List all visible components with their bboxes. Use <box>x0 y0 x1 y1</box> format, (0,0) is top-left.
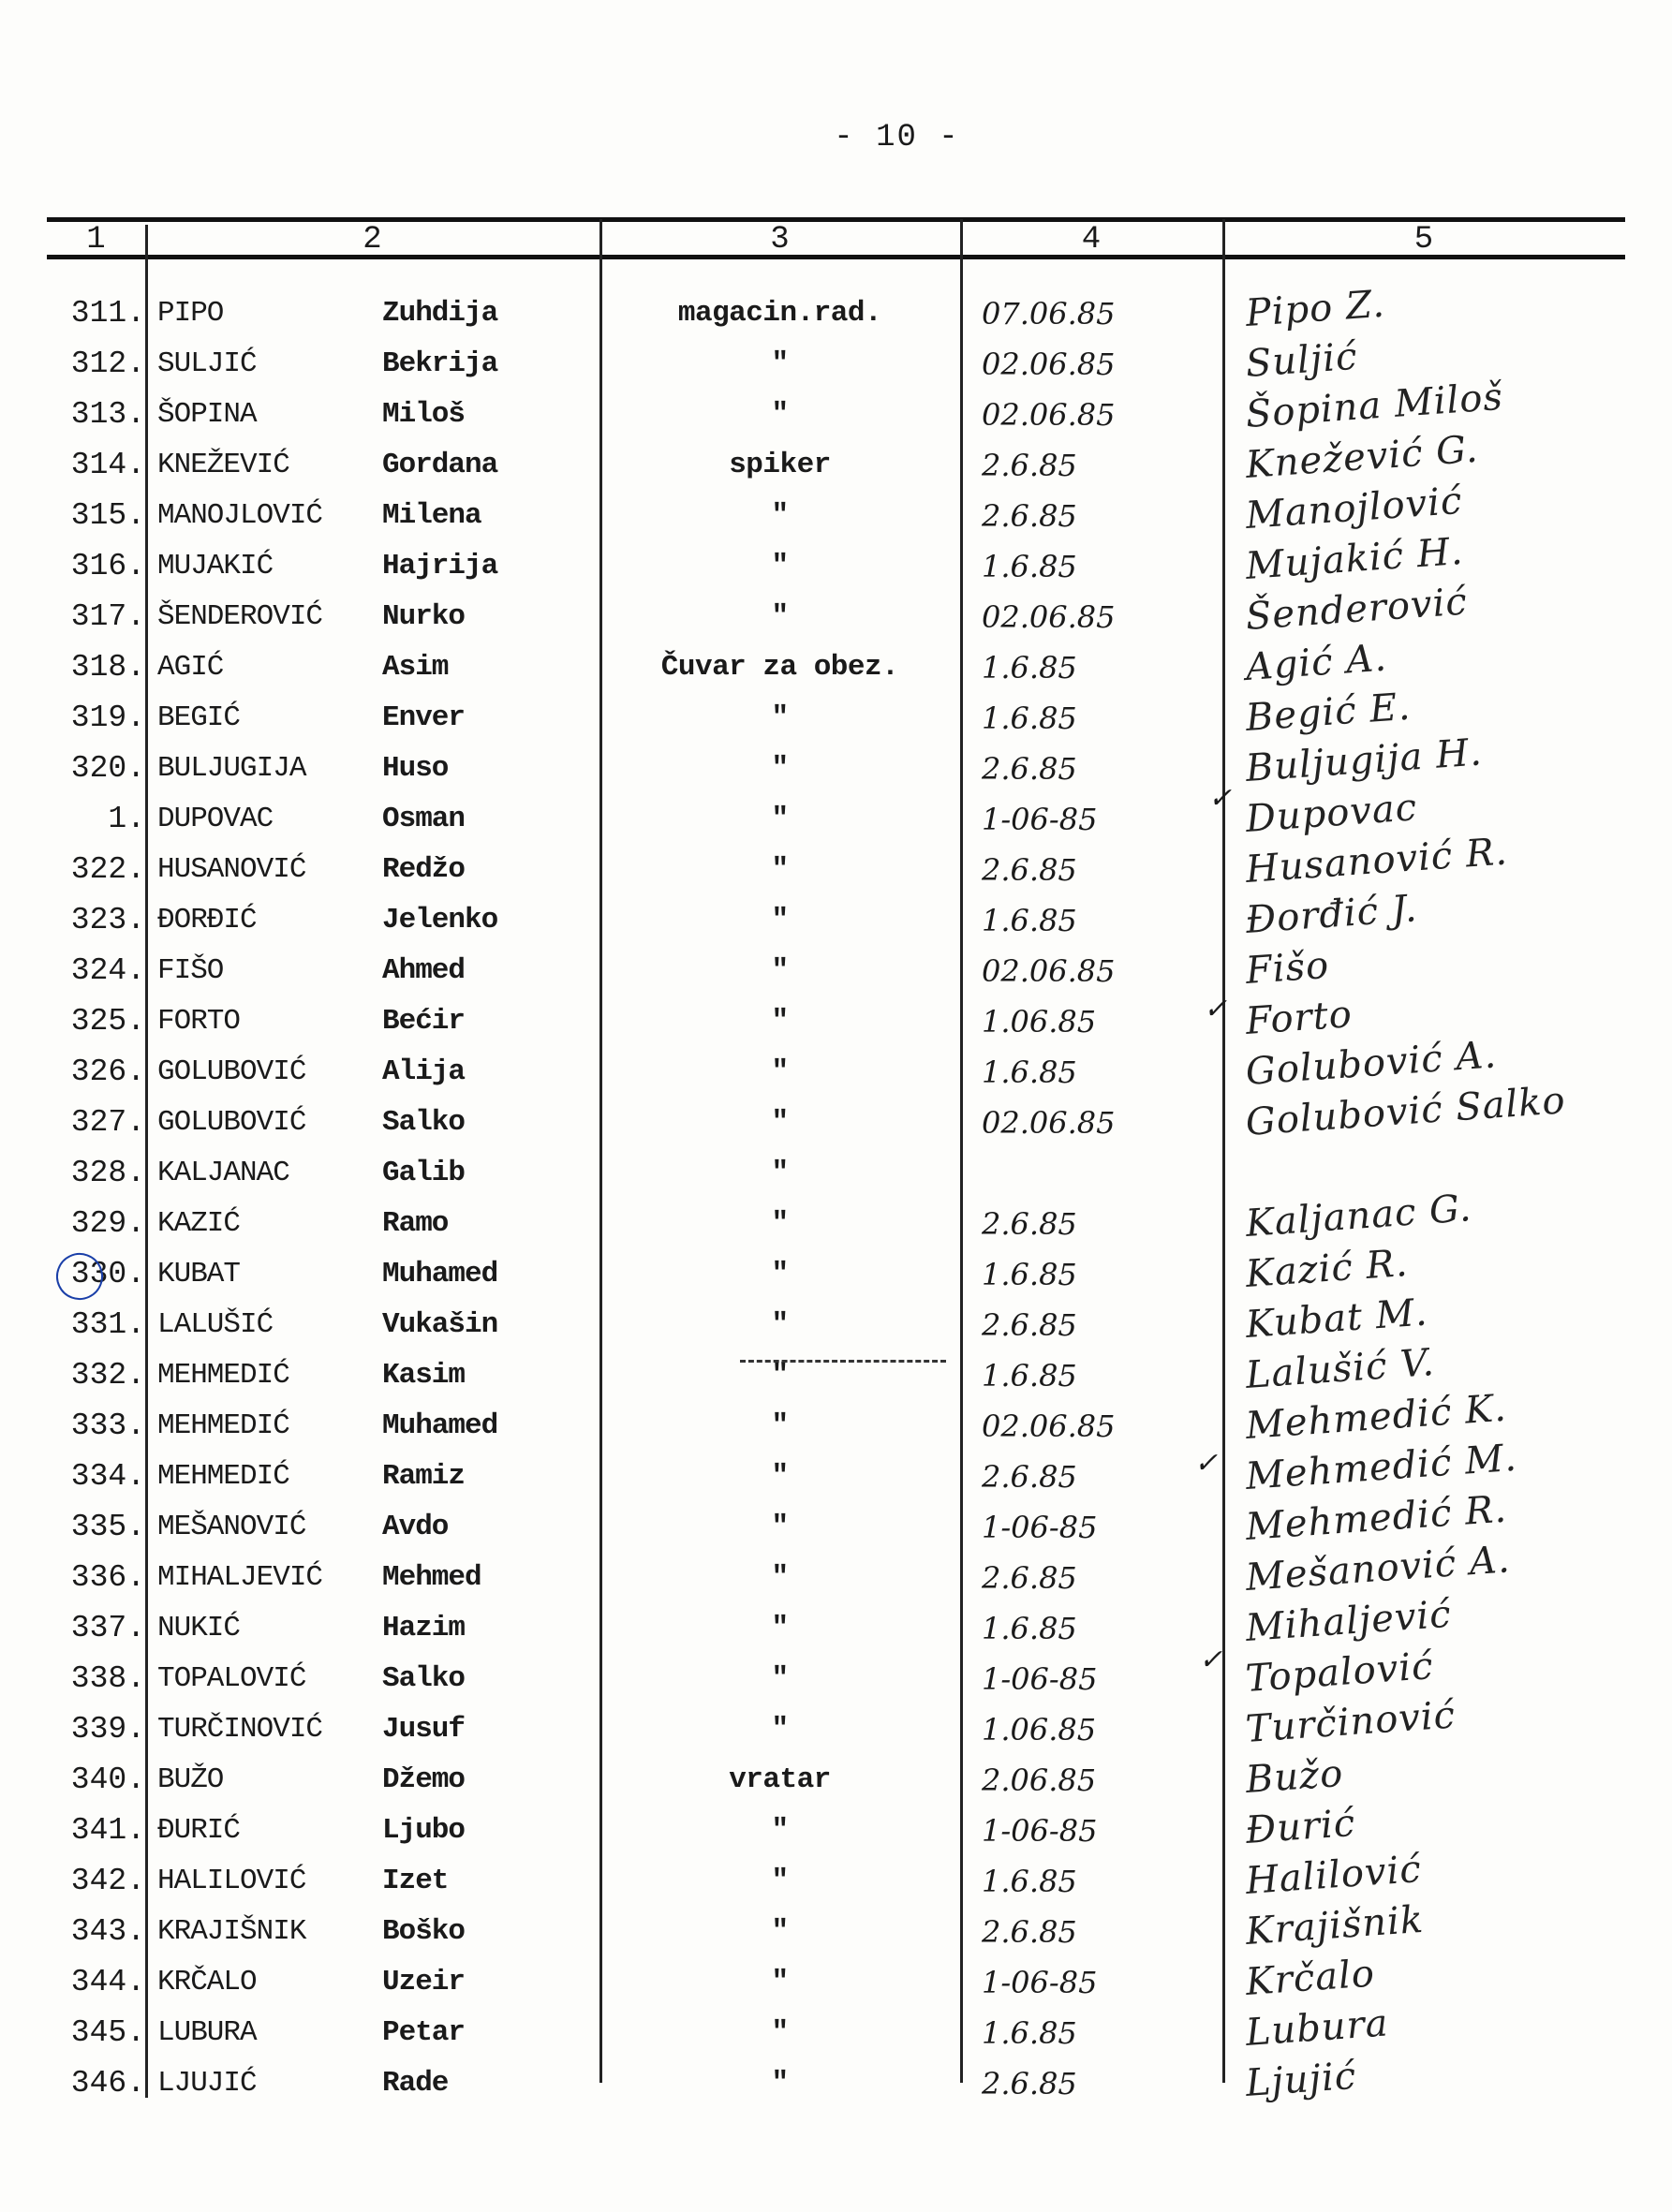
surname: BULJUGIJA <box>157 744 305 794</box>
signature-date: 1.6.85 <box>965 1350 1222 1401</box>
row-number: 342. <box>37 1856 145 1907</box>
given-name: Uzeir <box>382 1957 465 2008</box>
row-number: 339. <box>37 1704 145 1755</box>
signature-date: 07.06.85 <box>965 288 1222 339</box>
surname: MANOJLOVIĆ <box>157 491 322 541</box>
header-col-4: 4 <box>960 223 1222 257</box>
surname: GOLUBOVIĆ <box>157 1047 305 1098</box>
signature-date: 02.06.85 <box>965 390 1222 440</box>
surname: HUSANOVIĆ <box>157 845 305 895</box>
signature-date: 02.06.85 <box>965 339 1222 390</box>
surname: TURČINOVIĆ <box>157 1704 322 1755</box>
job-title: " <box>599 1907 960 1957</box>
job-title: " <box>599 1098 960 1148</box>
surname: DUPOVAC <box>157 794 273 845</box>
signature-date: 1.6.85 <box>965 2008 1222 2058</box>
job-title: " <box>599 2058 960 2109</box>
job-title: spiker <box>599 440 960 491</box>
signature-date: 1-06-85 <box>965 794 1222 845</box>
job-title: " <box>599 491 960 541</box>
surname: MUJAKIĆ <box>157 541 273 592</box>
row-number: 335. <box>37 1502 145 1553</box>
job-title: " <box>599 592 960 642</box>
checkmark-icon: ✓ <box>1199 1644 1222 1676</box>
signature-date: 2.6.85 <box>965 2058 1222 2109</box>
row-number: 311. <box>37 288 145 339</box>
signature-date: 1.6.85 <box>965 693 1222 744</box>
surname: NUKIĆ <box>157 1603 240 1654</box>
given-name: Rade <box>382 2058 448 2109</box>
job-title: " <box>599 339 960 390</box>
signature-date: 2.6.85 <box>965 1452 1222 1502</box>
given-name: Džemo <box>382 1755 465 1806</box>
row-number: 344. <box>37 1957 145 2008</box>
surname: LUBURA <box>157 2008 257 2058</box>
job-title: " <box>599 1603 960 1654</box>
job-title: " <box>599 895 960 946</box>
job-title: magacin.rad. <box>599 288 960 339</box>
row-number: 322. <box>37 845 145 895</box>
given-name: Bećir <box>382 996 465 1047</box>
row-number: 334. <box>37 1452 145 1502</box>
job-title: " <box>599 1806 960 1856</box>
surname: ŠENDEROVIĆ <box>157 592 322 642</box>
row-number: 341. <box>37 1806 145 1856</box>
signature-date: 2.6.85 <box>965 1907 1222 1957</box>
job-title: " <box>599 1452 960 1502</box>
surname: HALILOVIĆ <box>157 1856 305 1907</box>
surname: MIHALJEVIĆ <box>157 1553 322 1603</box>
row-number: 346. <box>37 2058 145 2109</box>
surname: TOPALOVIĆ <box>157 1654 305 1704</box>
given-name: Ljubo <box>382 1806 465 1856</box>
signature-date: 02.06.85 <box>965 1401 1222 1452</box>
job-title: " <box>599 794 960 845</box>
given-name: Hazim <box>382 1603 465 1654</box>
job-title: " <box>599 1704 960 1755</box>
given-name: Jusuf <box>382 1704 465 1755</box>
given-name: Asim <box>382 642 448 693</box>
row-number: 318. <box>37 642 145 693</box>
given-name: Zuhdija <box>382 288 497 339</box>
row-number: 336. <box>37 1553 145 1603</box>
signature-date: 1.6.85 <box>965 1249 1222 1300</box>
given-name: Redžo <box>382 845 465 895</box>
row-number: 325. <box>37 996 145 1047</box>
given-name: Ahmed <box>382 946 465 996</box>
checkmark-icon: ✓ <box>1194 1447 1218 1480</box>
row-number: 343. <box>37 1907 145 1957</box>
job-title: " <box>599 996 960 1047</box>
job-title: " <box>599 1957 960 2008</box>
given-name: Muhamed <box>382 1401 497 1452</box>
given-name: Ramo <box>382 1199 448 1249</box>
header-col-2: 2 <box>145 223 599 257</box>
given-name: Milena <box>382 491 481 541</box>
row-number: 1. <box>37 794 145 845</box>
signature-date: 1.6.85 <box>965 541 1222 592</box>
table-top-rule <box>47 217 1625 222</box>
row-number: 319. <box>37 693 145 744</box>
surname: AGIĆ <box>157 642 223 693</box>
signature-date: 2.6.85 <box>965 440 1222 491</box>
signature-date: 02.06.85 <box>965 946 1222 996</box>
row-number: 337. <box>37 1603 145 1654</box>
given-name: Vukašin <box>382 1300 497 1350</box>
surname: GOLUBOVIĆ <box>157 1098 305 1148</box>
signature-date: 1.6.85 <box>965 1603 1222 1654</box>
given-name: Enver <box>382 693 465 744</box>
signature-date: 1-06-85 <box>965 1806 1222 1856</box>
job-title: " <box>599 1199 960 1249</box>
signature-date: 1-06-85 <box>965 1654 1222 1704</box>
job-title: vratar <box>599 1755 960 1806</box>
job-title: " <box>599 1553 960 1603</box>
row-number: 320. <box>37 744 145 794</box>
surname: LALUŠIĆ <box>157 1300 273 1350</box>
signature-date: 2.6.85 <box>965 1300 1222 1350</box>
signature-date <box>965 1148 1222 1199</box>
surname: MEHMEDIĆ <box>157 1350 289 1401</box>
given-name: Mehmed <box>382 1553 481 1603</box>
given-name: Kasim <box>382 1350 465 1401</box>
table-row: 346.LJUJIĆRade"2.6.85Ljujić <box>0 2058 1672 2109</box>
given-name: Muhamed <box>382 1249 497 1300</box>
surname: BUŽO <box>157 1755 223 1806</box>
row-number: 316. <box>37 541 145 592</box>
page-number: - 10 - <box>0 120 1672 155</box>
given-name: Nurko <box>382 592 465 642</box>
surname: FORTO <box>157 996 240 1047</box>
signature-date: 1.06.85 <box>965 1704 1222 1755</box>
surname: ŠOPINA <box>157 390 257 440</box>
surname: FIŠO <box>157 946 223 996</box>
signature-date: 02.06.85 <box>965 592 1222 642</box>
given-name: Hajrija <box>382 541 497 592</box>
given-name: Huso <box>382 744 448 794</box>
given-name: Gordana <box>382 440 497 491</box>
job-title: " <box>599 1148 960 1199</box>
row-number: 326. <box>37 1047 145 1098</box>
signature-date: 2.6.85 <box>965 744 1222 794</box>
given-name: Osman <box>382 794 465 845</box>
surname: BEGIĆ <box>157 693 240 744</box>
row-number: 338. <box>37 1654 145 1704</box>
job-title: " <box>599 1654 960 1704</box>
row-number: 324. <box>37 946 145 996</box>
signature-date: 1.6.85 <box>965 1047 1222 1098</box>
dashed-line-mark <box>740 1360 946 1363</box>
job-title: " <box>599 1856 960 1907</box>
row-number: 328. <box>37 1148 145 1199</box>
signature-date: 2.06.85 <box>965 1755 1222 1806</box>
row-number: 323. <box>37 895 145 946</box>
signature-date: 2.6.85 <box>965 1553 1222 1603</box>
signature-date: 1-06-85 <box>965 1502 1222 1553</box>
header-col-3: 3 <box>599 223 960 257</box>
job-title: " <box>599 1502 960 1553</box>
given-name: Alija <box>382 1047 465 1098</box>
job-title: " <box>599 2008 960 2058</box>
signature-date: 1-06-85 <box>965 1957 1222 2008</box>
given-name: Petar <box>382 2008 465 2058</box>
surname: KRČALO <box>157 1957 257 2008</box>
surname: MEHMEDIĆ <box>157 1401 289 1452</box>
given-name: Bekrija <box>382 339 497 390</box>
job-title: Čuvar za obez. <box>599 642 960 693</box>
row-number: 332. <box>37 1350 145 1401</box>
job-title: " <box>599 744 960 794</box>
checkmark-icon: ✓ <box>1208 782 1232 815</box>
surname: KRAJIŠNIK <box>157 1907 305 1957</box>
job-title: " <box>599 693 960 744</box>
signature-date: 1.6.85 <box>965 642 1222 693</box>
row-number: 340. <box>37 1755 145 1806</box>
header-col-5: 5 <box>1222 223 1625 257</box>
job-title: " <box>599 946 960 996</box>
surname: SULJIĆ <box>157 339 257 390</box>
row-number: 317. <box>37 592 145 642</box>
surname: KAZIĆ <box>157 1199 240 1249</box>
given-name: Galib <box>382 1148 465 1199</box>
surname: MEHMEDIĆ <box>157 1452 289 1502</box>
signature-date: 1.6.85 <box>965 1856 1222 1907</box>
job-title: " <box>599 1047 960 1098</box>
surname: ĐORĐIĆ <box>157 895 257 946</box>
job-title: " <box>599 845 960 895</box>
job-title: " <box>599 1249 960 1300</box>
row-number: 314. <box>37 440 145 491</box>
surname: LJUJIĆ <box>157 2058 257 2109</box>
given-name: Miloš <box>382 390 465 440</box>
signature-date: 02.06.85 <box>965 1098 1222 1148</box>
row-number: 329. <box>37 1199 145 1249</box>
row-number: 333. <box>37 1401 145 1452</box>
given-name: Salko <box>382 1654 465 1704</box>
given-name: Salko <box>382 1098 465 1148</box>
given-name: Ramiz <box>382 1452 465 1502</box>
checkmark-icon: ✓ <box>1204 993 1227 1025</box>
surname: KNEŽEVIĆ <box>157 440 289 491</box>
row-number: 312. <box>37 339 145 390</box>
given-name: Jelenko <box>382 895 497 946</box>
job-title: " <box>599 1300 960 1350</box>
row-number: 313. <box>37 390 145 440</box>
surname: KALJANAC <box>157 1148 289 1199</box>
row-number: 315. <box>37 491 145 541</box>
signature-date: 2.6.85 <box>965 491 1222 541</box>
given-name: Izet <box>382 1856 448 1907</box>
job-title: " <box>599 541 960 592</box>
surname: MEŠANOVIĆ <box>157 1502 305 1553</box>
given-name: Avdo <box>382 1502 448 1553</box>
given-name: Boško <box>382 1907 465 1957</box>
surname: PIPO <box>157 288 223 339</box>
row-number: 327. <box>37 1098 145 1148</box>
signature-date: 2.6.85 <box>965 1199 1222 1249</box>
signature-date: 1.6.85 <box>965 895 1222 946</box>
surname: ĐURIĆ <box>157 1806 240 1856</box>
row-number: 331. <box>37 1300 145 1350</box>
surname: KUBAT <box>157 1249 240 1300</box>
signature-date: 2.6.85 <box>965 845 1222 895</box>
job-title: " <box>599 1350 960 1401</box>
job-title: " <box>599 1401 960 1452</box>
row-number: 345. <box>37 2008 145 2058</box>
job-title: " <box>599 390 960 440</box>
header-col-1: 1 <box>47 223 145 257</box>
signature-date: 1.06.85 <box>965 996 1222 1047</box>
